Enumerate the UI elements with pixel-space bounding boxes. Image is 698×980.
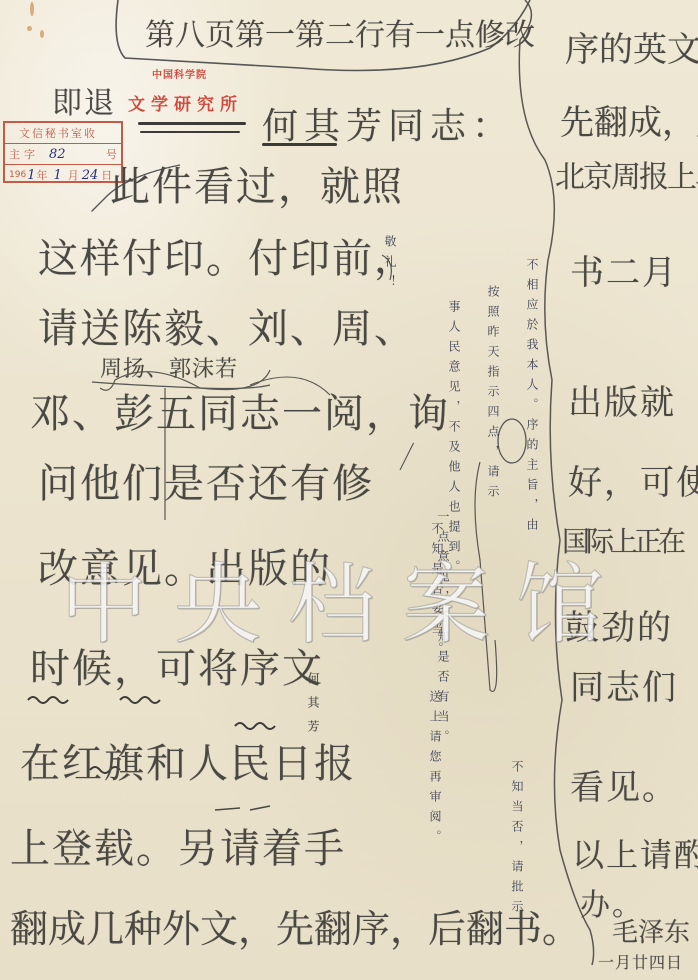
stamp-year-hand: 1: [27, 168, 35, 183]
right-annotation-line: 序的英文稿: [565, 22, 698, 71]
signature: 毛泽东: [612, 912, 690, 949]
stamp-year-prefix: 196: [9, 170, 26, 180]
typed-column: 不知当否，请批示。: [510, 760, 524, 940]
signature-date: 一月廿四日: [598, 950, 683, 973]
right-annotation-line: 北京周报上、此: [555, 152, 698, 196]
annotation-line: 上登载。另请着手: [10, 820, 346, 878]
letterhead-org: 中国科学院: [152, 66, 207, 81]
annotation-line: 邓、彭五同志一阅，询: [30, 385, 450, 443]
typed-salutation: 敬礼！: [383, 235, 397, 295]
right-annotation-line: 以上请酌: [572, 830, 698, 876]
stamp-title: 文信秘书室收: [19, 125, 97, 141]
stamp-day-hand: 24: [82, 168, 99, 183]
stamp-year-label: 年: [36, 167, 47, 183]
receipt-stamp: 文信秘书室收 主字 82 号 196 1 年 1 月 24 日: [3, 121, 123, 183]
letterhead-underline: [138, 122, 246, 125]
stamp-date-row: 196 1 年 1 月 24 日: [5, 165, 121, 185]
marginal-note-return: 即退: [52, 78, 116, 122]
right-annotation-line: 同志们: [570, 660, 678, 709]
addressee: 何其芳同志：: [262, 98, 514, 149]
stamp-number-value: 82: [49, 147, 66, 162]
letterhead-institute: 文学研究所: [128, 90, 243, 115]
right-annotation-line: 先翻成，从: [560, 95, 698, 144]
annotation-line: 此件看过，就照: [110, 158, 404, 216]
typed-column: 送上请您再审阅。: [428, 690, 442, 850]
annotation-line: 问他们是否还有修: [38, 455, 374, 513]
archive-watermark: 中央档案馆: [60, 535, 630, 661]
stamp-number-row: 主字 82 号: [5, 144, 121, 165]
inserted-note: 周扬、郭沫若: [100, 352, 238, 383]
addressee-underline: [262, 143, 337, 146]
right-annotation-line: 出版就: [568, 375, 676, 424]
typed-column: 按照昨天指示四点，请示: [486, 285, 500, 505]
annotation-line: 这样付印。付印前，: [38, 230, 416, 288]
top-note: 第八页第一第二行有一点修改: [145, 10, 535, 54]
right-annotation-line: 书二月: [570, 245, 678, 294]
right-annotation-line: 看见。: [570, 760, 678, 809]
annotation-line: 翻成几种外文，先翻序，后翻书。: [10, 900, 580, 958]
stamp-title-row: 文信秘书室收: [5, 123, 121, 144]
stamp-number-label: 主字: [9, 146, 39, 162]
annotation-line: 请送陈毅、刘、周、: [38, 300, 416, 358]
stamp-month-label: 月: [68, 167, 79, 183]
typed-column: 不相应於我本人。序的主旨，由: [525, 258, 539, 538]
side-note-small: 何其芳: [305, 672, 322, 744]
letterhead-underline: [140, 131, 240, 133]
stamp-month-hand: 1: [53, 168, 61, 183]
right-annotation-line: 好，可使: [568, 455, 698, 504]
